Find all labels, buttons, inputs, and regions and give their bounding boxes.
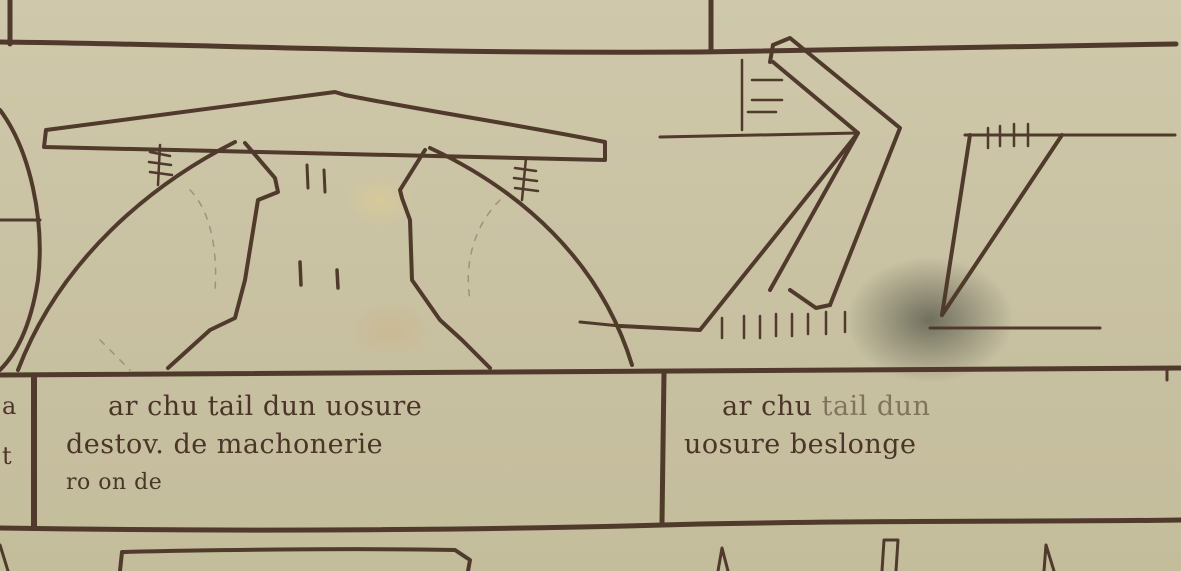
caption-left-line-2: destov. de machonerie xyxy=(66,426,422,464)
caption-right-faded: tail dun xyxy=(822,391,931,422)
caption-right: ar chu tail dun uosure beslonge xyxy=(684,388,930,464)
manuscript-page: a t ar chu tail dun uosure destov. de ma… xyxy=(0,0,1181,571)
caption-right-prefix: ar chu xyxy=(722,391,813,422)
caption-left: ar chu tail dun uosure destov. de machon… xyxy=(66,388,422,502)
arch-template-drawing xyxy=(18,92,632,370)
lower-fragments xyxy=(0,540,1054,571)
caption-left-line-1: ar chu tail dun uosure xyxy=(66,388,422,426)
edge-glyph-left-1: a xyxy=(2,392,16,420)
caption-right-line-1: ar chu tail dun xyxy=(684,388,930,426)
wedge-template-drawing xyxy=(930,124,1175,328)
chevron-template-drawing xyxy=(580,38,900,338)
caption-right-line-2: uosure beslonge xyxy=(684,426,930,464)
caption-left-line-3: ro on de xyxy=(66,464,422,502)
edge-glyph-left-2: t xyxy=(2,442,12,470)
